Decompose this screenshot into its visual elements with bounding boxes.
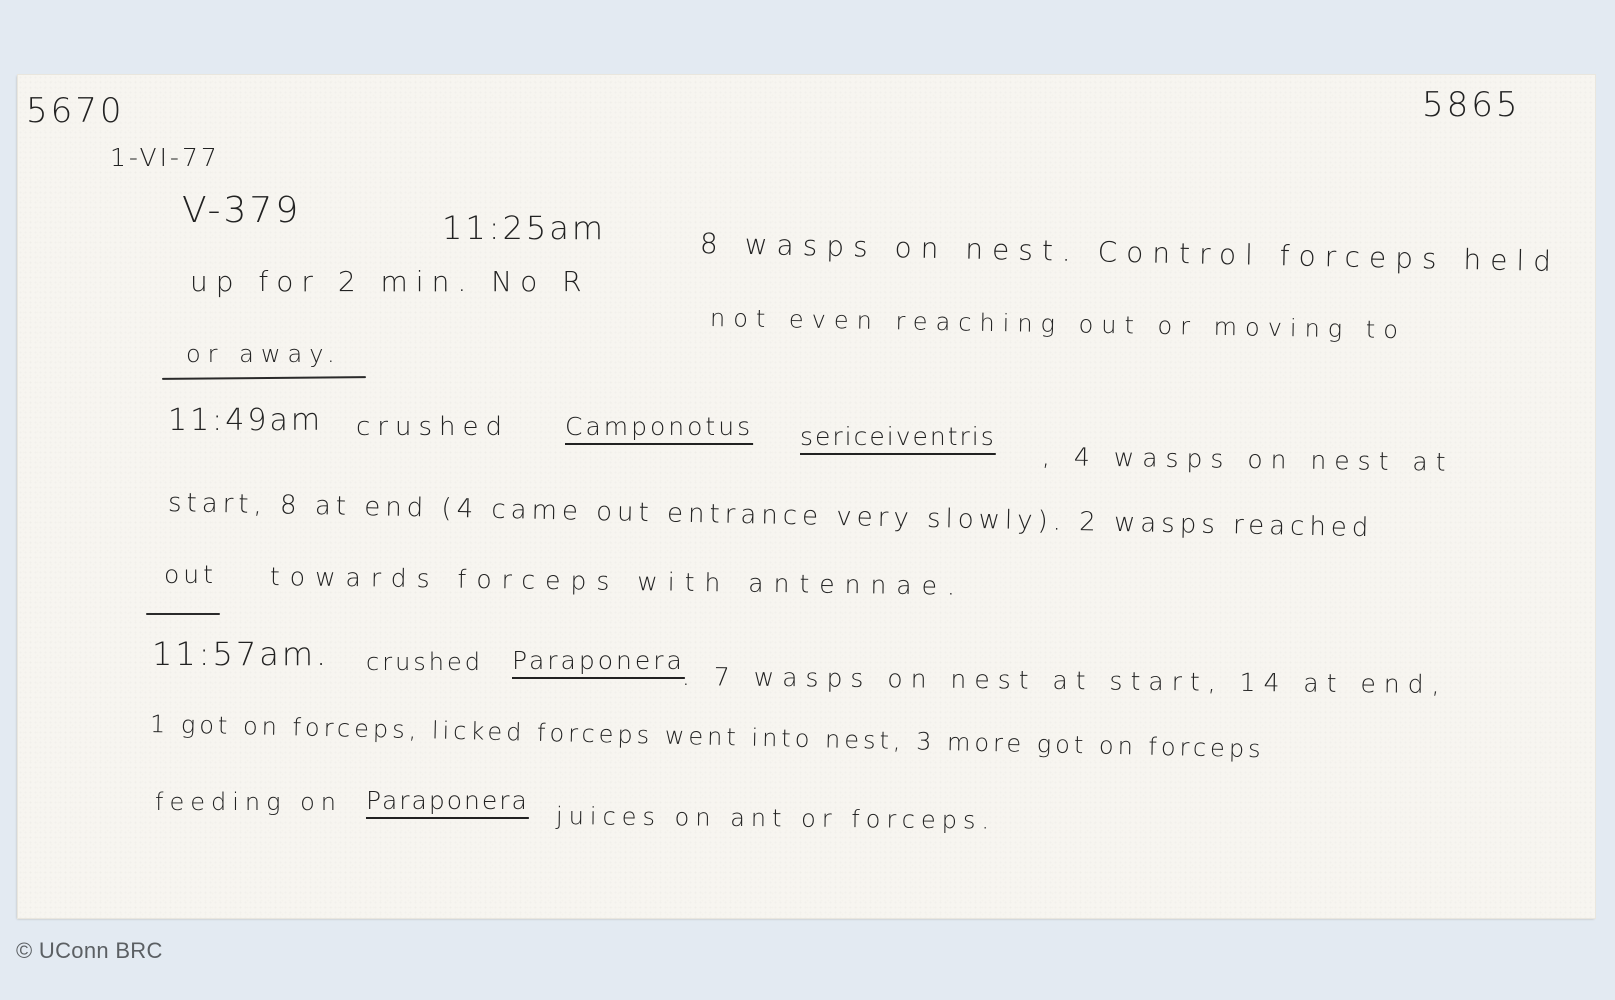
entry-3-crushed: crushed bbox=[366, 650, 483, 674]
entry-3-genus: Paraponera bbox=[512, 648, 685, 673]
entry-3-line-3b: juices on ant or forceps. bbox=[556, 804, 995, 833]
entry-2-epithet: sericeiventris bbox=[800, 424, 996, 449]
entry-3-time: 11:57am. bbox=[152, 638, 329, 670]
entry-3-line-1-rest: . 7 wasps on nest at start, 14 at end, bbox=[682, 664, 1448, 697]
entry-2-line-1-rest: , 4 wasps on nest at bbox=[1042, 444, 1454, 475]
entry-2-genus: Camponotus bbox=[565, 414, 753, 439]
catalog-number-left: 5670 bbox=[26, 94, 125, 128]
entry-2-time: 11:49am bbox=[168, 406, 323, 436]
entry-1-line-3: or away. bbox=[186, 342, 342, 366]
colony-id: V-379 bbox=[182, 193, 301, 229]
section-divider-2 bbox=[146, 613, 220, 615]
copyright-notice: © UConn BRC bbox=[16, 938, 163, 964]
entry-2-line-3a: out bbox=[164, 562, 217, 587]
entry-3-line-3a: feeding on bbox=[155, 790, 342, 814]
entry-2-crushed: crushed bbox=[356, 414, 509, 440]
entry-1-line-2a: up for 2 min. No R bbox=[190, 268, 590, 296]
entry-3-genus-2: Paraponera bbox=[366, 788, 529, 813]
catalog-number-right: 5865 bbox=[1422, 88, 1521, 122]
entry-1-time: 11:25am bbox=[442, 212, 606, 244]
collection-date: 1-VI-77 bbox=[110, 145, 220, 170]
